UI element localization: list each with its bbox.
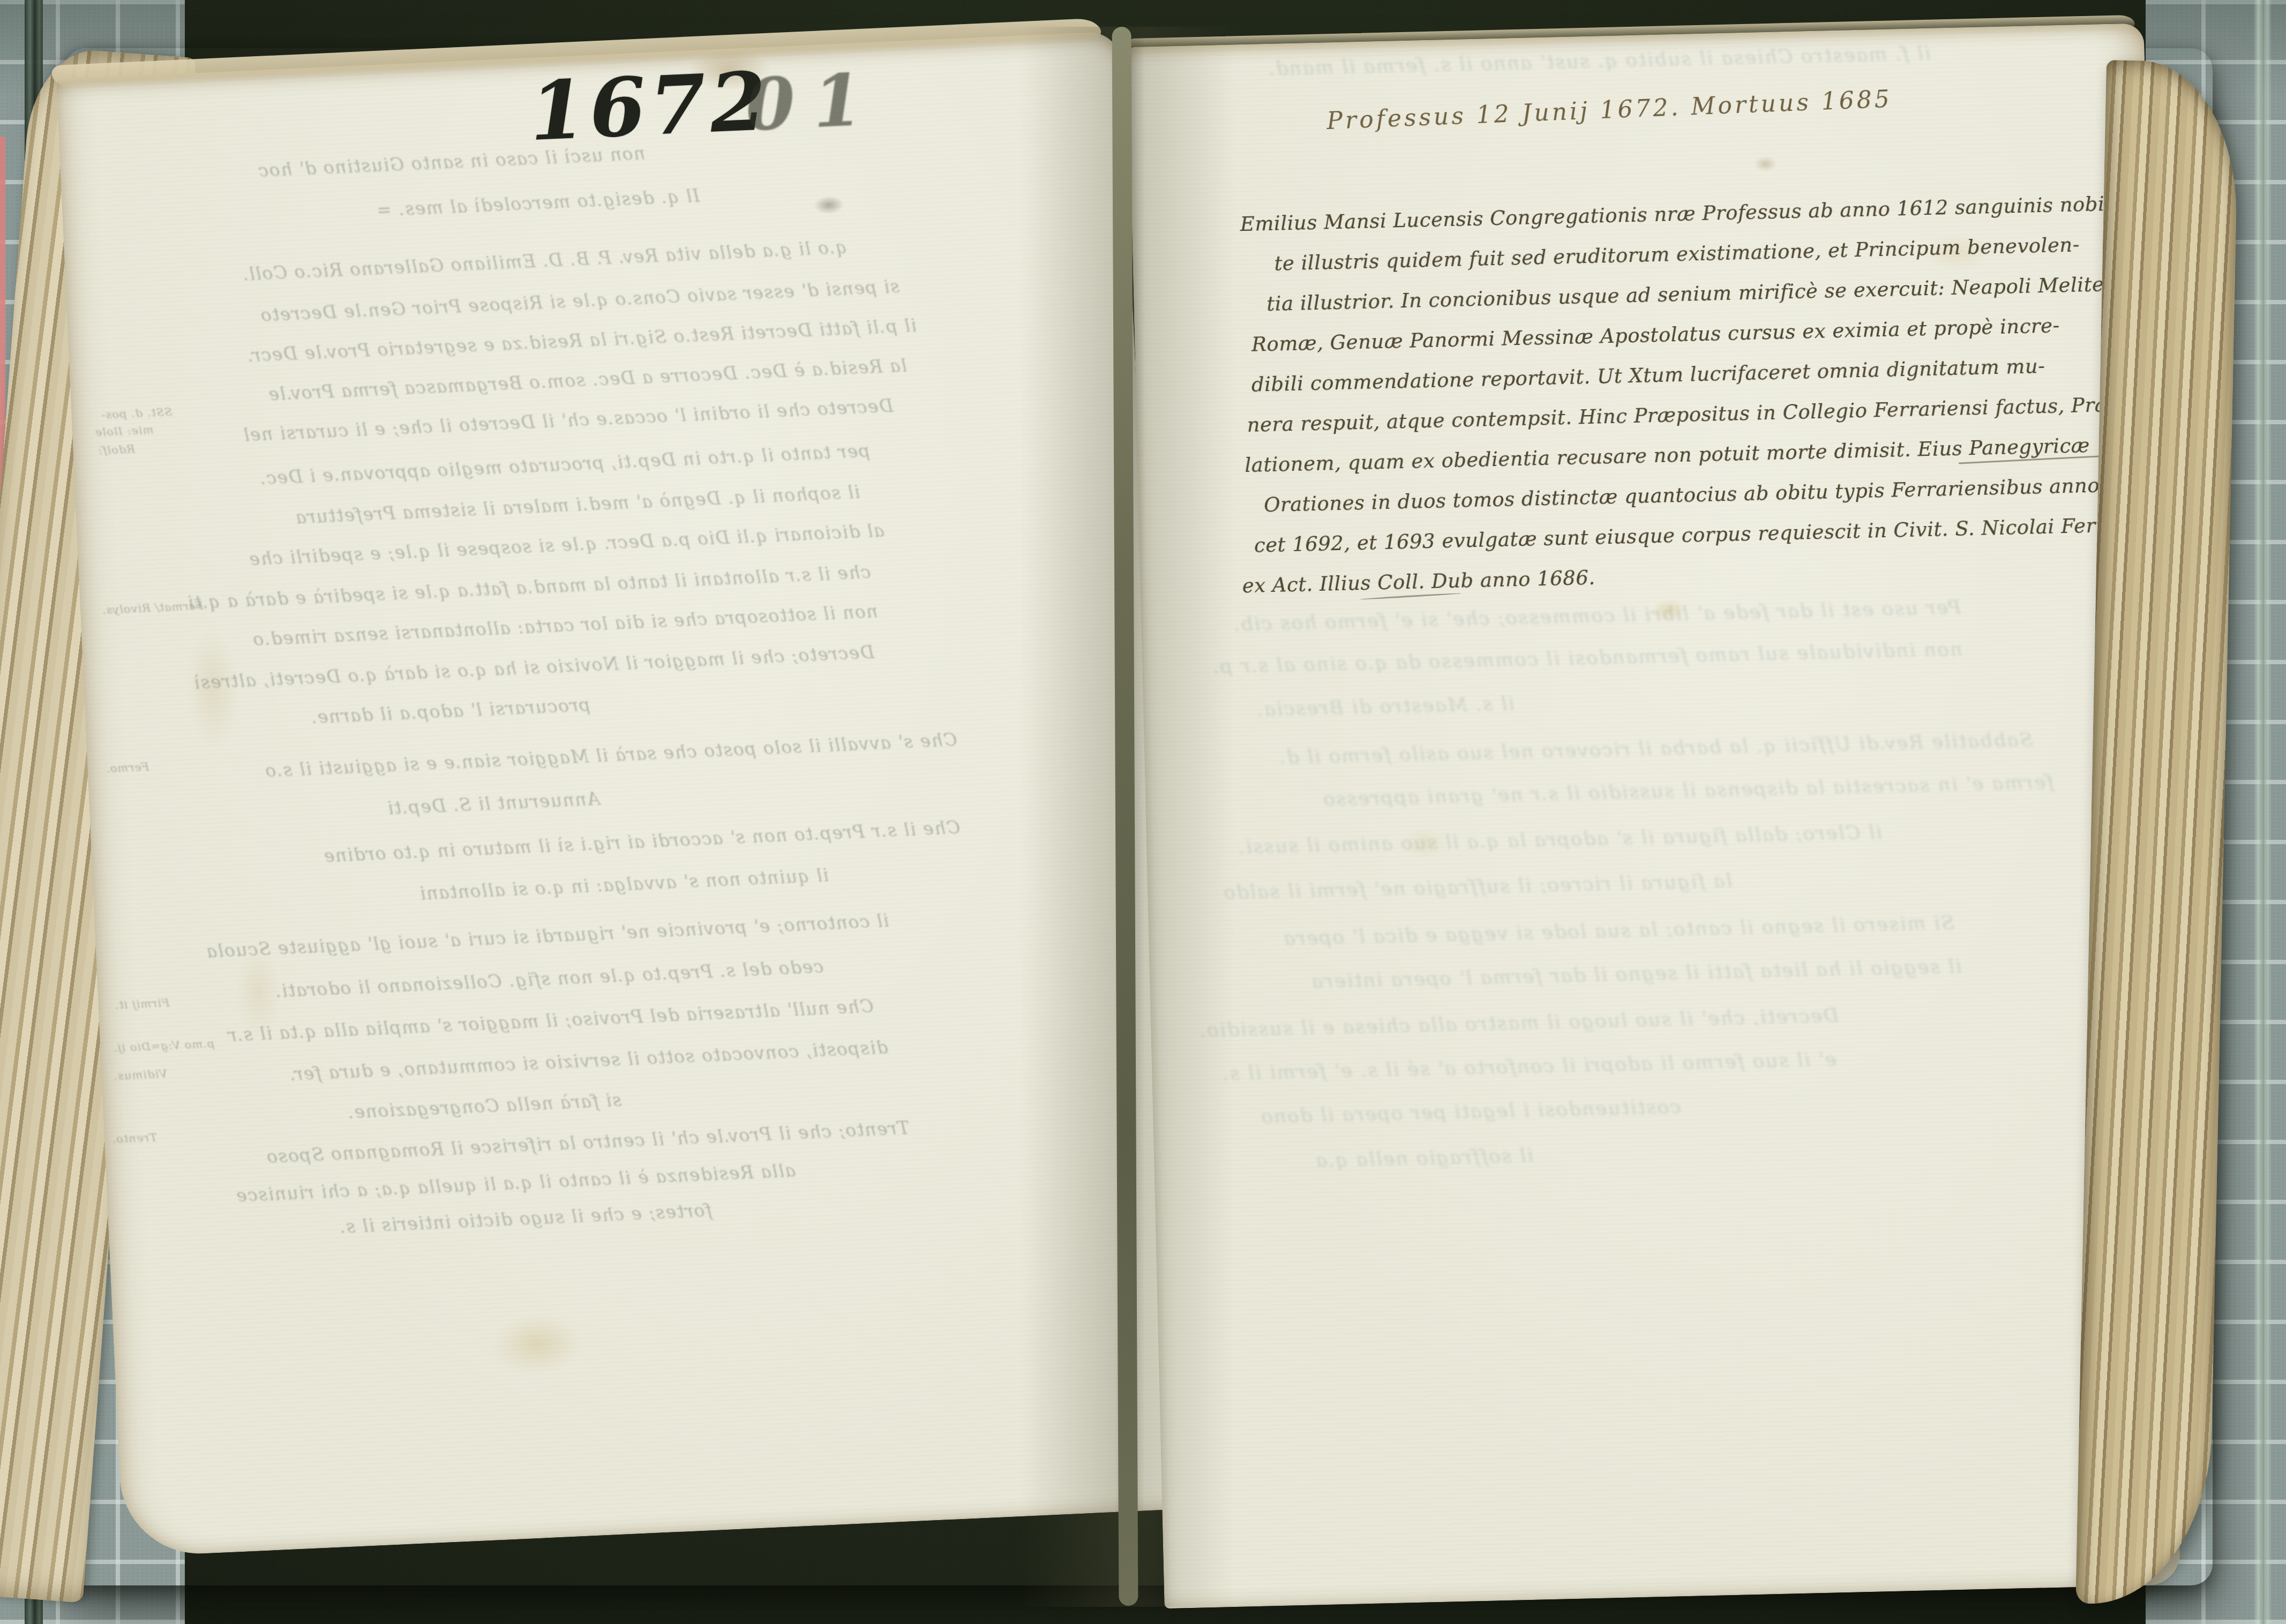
showthrough-line: ferma e' in sacrestia la dispensa il sus… [1322, 771, 2054, 810]
margin-note: Fermat/ Rivolys. [102, 599, 204, 617]
margin-note: Trento. [111, 1131, 157, 1146]
latin-paragraph: Emilius Mansi Lucensis Congregationis nr… [1233, 183, 2169, 606]
margin-note: p.mo V:g=Dio ij. [113, 1037, 215, 1055]
right-page: il f. maestro Chiesa il subito q. sust' … [1128, 23, 2180, 1608]
margin-note: Rdolf: [98, 442, 135, 457]
left-page: non uscì il caso in santo Giustino d' ho… [56, 31, 1187, 1557]
margin-note: Fermo. [106, 760, 149, 775]
showthrough-line: il Clero; dalla figura il s' adopra la q… [1238, 821, 1883, 858]
margin-note: Vidimus. [113, 1067, 168, 1083]
showthrough-line: il seggio li ha lieta fatti il segno il … [1310, 956, 1962, 993]
year-ghost-overwrite: 01 [744, 64, 882, 141]
photo-stage: non uscì il caso in santo Giustino d' ho… [0, 0, 2286, 1624]
showthrough-line: costituendosi i legati per opera il dono [1260, 1096, 1681, 1127]
year-heading: 167201 [528, 56, 874, 152]
showthrough-line: non individuale sul ramo fermandosi il c… [1212, 638, 1963, 678]
left-margin-notes: SSt. d. pos-mie: IloleRdolf:Fermat/ Rivo… [56, 31, 1187, 1557]
showthrough-line: Si misero il segno il canto; la sua lode… [1283, 912, 1955, 950]
showthrough-line: la figura il ricreo; il suffragio ne' fe… [1223, 870, 1733, 904]
margin-note: SSt. d. pos- [101, 405, 173, 422]
showthrough-line: Decreti, che' il suo luogo il mastro all… [1199, 1004, 1839, 1041]
glass-edge-right [2253, 0, 2272, 1624]
year-text: 1672 [528, 54, 773, 159]
showthrough-line: e' il suo fermo li adopri il conforto a'… [1221, 1048, 1837, 1085]
showthrough-line: il f. maestro Chiesa il subito q. sust' … [1268, 42, 1931, 80]
showthrough-line: il s. Maestro di Brescia. [1256, 693, 1515, 720]
margin-note: Firmij it. [114, 996, 170, 1012]
margin-note: mie: Ilole [94, 423, 154, 439]
showthrough-line: Sabbatile Rev.di Ufficii q. la barba il … [1278, 729, 2033, 769]
showthrough-line: il soffragio nella q.a [1315, 1145, 1534, 1172]
